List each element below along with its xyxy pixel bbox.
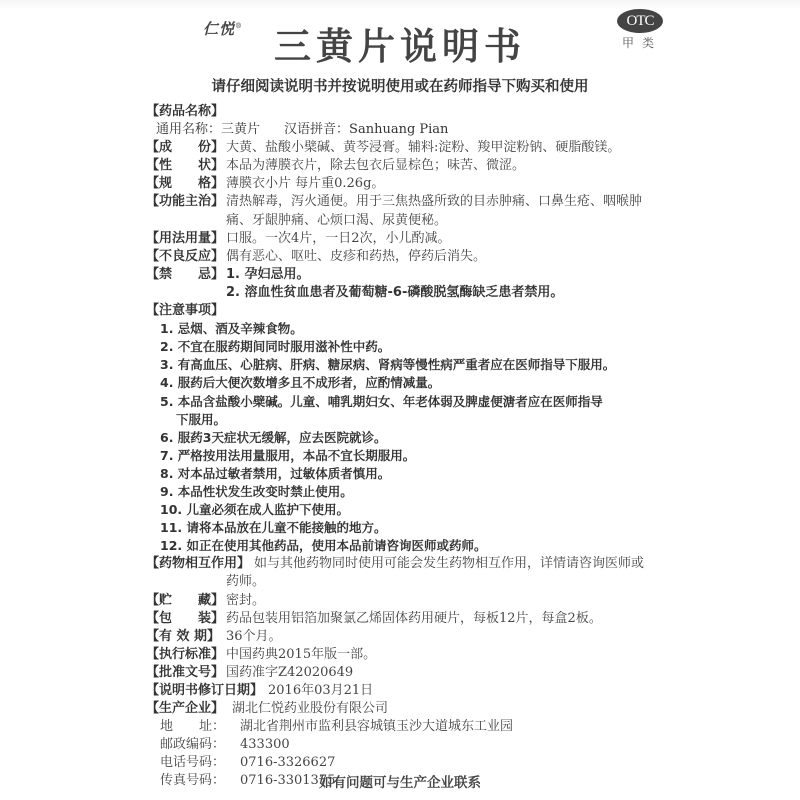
phone-label: 电话号码： xyxy=(160,754,240,772)
section-value: 大黄、盐酸小檗碱、黄芩浸膏。辅料:淀粉、羧甲淀粉钠、硬脂酸镁。 xyxy=(226,139,620,157)
section-precautions: 【注意事项】 xyxy=(146,302,686,320)
section-label: 【说明书修订日期】 xyxy=(146,682,268,700)
section-contraindications: 【禁 忌】1. 孕妇忌用。 xyxy=(146,266,686,284)
precaution-item: 2. 不宜在服药期间同时服用滋补性中药。 xyxy=(146,338,686,356)
pinyin-value: Sanhuang Pian xyxy=(349,121,448,139)
section-standard: 【执行标准】中国药典2015年版一部。 xyxy=(146,646,686,664)
phone-row: 电话号码：0716-3326627 xyxy=(146,754,686,772)
section-label: 【禁 忌】 xyxy=(146,266,226,284)
interactions-continued: 药师。 xyxy=(146,573,686,591)
pinyin-label: 汉语拼音： xyxy=(284,121,349,139)
section-ingredients: 【成 份】大黄、盐酸小檗碱、黄芩浸膏。辅料:淀粉、羧甲淀粉钠、硬脂酸镁。 xyxy=(146,139,686,157)
precaution-item: 3. 有高血压、心脏病、肝病、糖尿病、肾病等慢性病严重者应在医师指导下服用。 xyxy=(146,356,686,374)
section-label: 【成 份】 xyxy=(146,139,226,157)
precaution-item: 7. 严格按用法用量服用，本品不宜长期服用。 xyxy=(146,447,686,465)
section-adverse-reactions: 【不良反应】偶有恶心、呕吐、皮疹和药热，停药后消失。 xyxy=(146,248,686,266)
postcode-label: 邮政编码： xyxy=(160,736,240,754)
section-label: 【执行标准】 xyxy=(146,646,226,664)
precaution-continued-text: 下服用。 xyxy=(160,411,686,429)
page-title: 三黄片说明书 xyxy=(0,16,800,70)
section-shelf-life: 【有 效 期】36个月。 xyxy=(146,628,686,646)
postcode-value: 433300 xyxy=(240,737,290,752)
section-indications: 【功能主治】清热解毒，泻火通便。用于三焦热盛所致的目赤肿痛、口鼻生疮、咽喉肿 xyxy=(146,193,686,211)
precaution-item: 12. 如正在使用其他药品，使用本品前请咨询医师或药师。 xyxy=(146,537,686,555)
section-value: 2016年03月21日 xyxy=(268,682,373,700)
section-value: 药品包装用铝箔加聚氯乙烯固体药用硬片，每板12片，每盒2板。 xyxy=(226,610,602,628)
section-value: 中国药典2015年版一部。 xyxy=(226,646,376,664)
generic-name-row: 通用名称： 三黄片 汉语拼音： Sanhuang Pian xyxy=(146,121,686,139)
postcode-row: 邮政编码：433300 xyxy=(146,736,686,754)
section-storage: 【贮 藏】密封。 xyxy=(146,592,686,610)
leaflet-page: 仁悦® OTC 甲类 三黄片说明书 请仔细阅读说明书并按说明使用或在药师指导下购… xyxy=(0,0,800,800)
section-description: 【性 状】本品为薄膜衣片，除去包衣后显棕色；味苦、微涩。 xyxy=(146,157,686,175)
section-approval-number: 【批准文号】国药准字Z42020649 xyxy=(146,664,686,682)
section-interactions: 【药物相互作用】如与其他药物同时使用可能会发生药物相互作用，详情请咨询医师或 xyxy=(146,555,686,573)
section-value: 36个月。 xyxy=(226,628,282,646)
section-label: 【规 格】 xyxy=(146,175,226,193)
precaution-item: 8. 对本品过敏者禁用，过敏体质者慎用。 xyxy=(146,465,686,483)
section-drug-name: 【药品名称】 xyxy=(146,103,686,121)
section-label: 【用法用量】 xyxy=(146,230,226,248)
section-value: 口服。一次4片，一日2次，小儿酌减。 xyxy=(226,230,451,248)
indications-continued: 痛、牙龈肿痛、心烦口渴、尿黄便秘。 xyxy=(146,212,686,230)
contraindication-row: 2. 溶血性贫血患者及葡萄糖-6-磷酸脱氢酶缺乏患者禁用。 xyxy=(146,284,686,302)
section-label: 【不良反应】 xyxy=(146,248,226,266)
section-label: 【批准文号】 xyxy=(146,664,226,682)
section-dosage: 【用法用量】口服。一次4片，一日2次，小儿酌减。 xyxy=(146,230,686,248)
contraindication-item: 2. 溶血性贫血患者及葡萄糖-6-磷酸脱氢酶缺乏患者禁用。 xyxy=(226,284,563,302)
section-label: 【有 效 期】 xyxy=(146,628,226,646)
generic-name-value: 三黄片 xyxy=(221,121,260,139)
section-label: 【生产企业】 xyxy=(146,700,232,718)
section-value: 薄膜衣小片 每片重0.26g。 xyxy=(226,175,384,193)
contraindication-item: 1. 孕妇忌用。 xyxy=(226,266,310,284)
section-label: 【药物相互作用】 xyxy=(146,555,254,573)
generic-name-label: 通用名称： xyxy=(156,121,221,139)
section-specification: 【规 格】薄膜衣小片 每片重0.26g。 xyxy=(146,175,686,193)
precaution-item: 1. 忌烟、酒及辛辣食物。 xyxy=(146,320,686,338)
page-subtitle: 请仔细阅读说明书并按说明使用或在药师指导下购买和使用 xyxy=(0,75,800,96)
section-label: 【包 装】 xyxy=(146,610,226,628)
section-label: 【药品名称】 xyxy=(146,103,224,121)
section-value: 偶有恶心、呕吐、皮疹和药热，停药后消失。 xyxy=(226,248,486,266)
section-manufacturer: 【生产企业】湖北仁悦药业股份有限公司 xyxy=(146,700,686,718)
section-value: 清热解毒，泻火通便。用于三焦热盛所致的目赤肿痛、口鼻生疮、咽喉肿 xyxy=(226,193,642,211)
section-value: 本品为薄膜衣片，除去包衣后显棕色；味苦、微涩。 xyxy=(226,157,525,175)
precaution-item-continued: 下服用。 xyxy=(146,411,686,429)
section-label: 【性 状】 xyxy=(146,157,226,175)
precaution-item: 9. 本品性状发生改变时禁止使用。 xyxy=(146,483,686,501)
address-label: 地 址： xyxy=(160,718,240,736)
precaution-item: 4. 服药后大便次数增多且不成形者，应酌情减量。 xyxy=(146,374,686,392)
section-revision-date: 【说明书修订日期】2016年03月21日 xyxy=(146,682,686,700)
leaflet-body: 【药品名称】 通用名称： 三黄片 汉语拼音： Sanhuang Pian 【成 … xyxy=(146,103,686,791)
precaution-item: 5. 本品含盐酸小檗碱。儿童、哺乳期妇女、年老体弱及脾虚便溏者应在医师指导 xyxy=(146,393,686,411)
precaution-item: 11. 请将本品放在儿童不能接触的地方。 xyxy=(146,519,686,537)
section-value: 密封。 xyxy=(226,592,265,610)
address-value: 湖北省荆州市监利县容城镇玉沙大道城东工业园 xyxy=(240,719,513,734)
section-value: 如与其他药物同时使用可能会发生药物相互作用，详情请咨询医师或 xyxy=(254,555,644,573)
footer-note: 如有问题可与生产企业联系 xyxy=(0,771,800,791)
section-value: 国药准字Z42020649 xyxy=(226,664,353,682)
section-value: 痛、牙龈肿痛、心烦口渴、尿黄便秘。 xyxy=(226,212,447,230)
section-package: 【包 装】药品包装用铝箔加聚氯乙烯固体药用硬片，每板12片，每盒2板。 xyxy=(146,610,686,628)
manufacturer-name: 湖北仁悦药业股份有限公司 xyxy=(232,700,388,718)
section-label: 【功能主治】 xyxy=(146,193,226,211)
section-value: 药师。 xyxy=(226,573,265,591)
section-label: 【注意事项】 xyxy=(146,302,224,320)
phone-value: 0716-3326627 xyxy=(240,755,335,770)
precaution-item: 10. 儿童必须在成人监护下使用。 xyxy=(146,501,686,519)
section-label: 【贮 藏】 xyxy=(146,592,226,610)
precaution-item: 6. 服药3天症状无缓解，应去医院就诊。 xyxy=(146,429,686,447)
address-row: 地 址：湖北省荆州市监利县容城镇玉沙大道城东工业园 xyxy=(146,718,686,736)
